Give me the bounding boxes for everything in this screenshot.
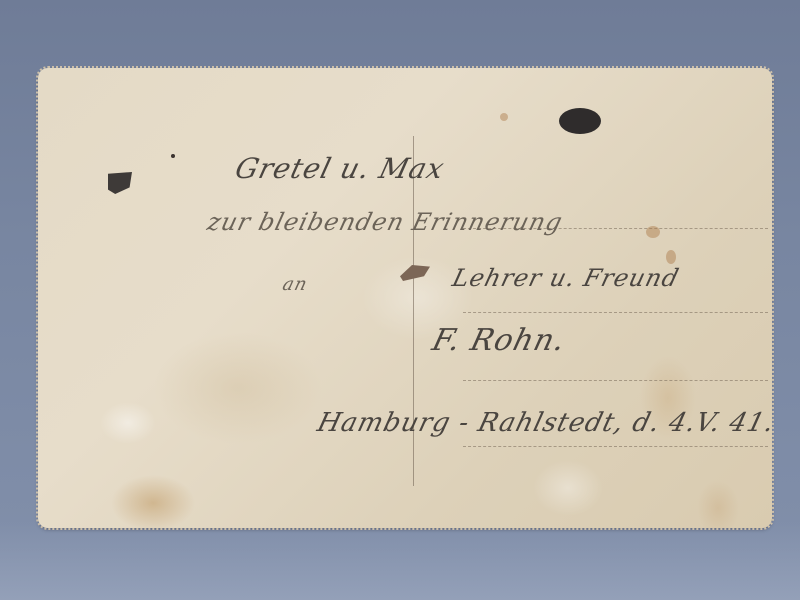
foxing-spot — [666, 250, 676, 264]
punched-hole — [559, 108, 601, 134]
handwriting-word-an: an — [280, 274, 310, 295]
torn-mark-left — [108, 172, 132, 194]
foxing-spot — [500, 113, 508, 121]
torn-fleck-center — [400, 265, 430, 281]
postcard: Gretel u. Max zur bleibenden Erinnerung … — [38, 68, 772, 528]
address-line — [463, 380, 768, 381]
handwriting-signature: F. Rohn. — [429, 323, 570, 358]
foxing-spot — [646, 226, 660, 238]
address-line — [463, 446, 768, 447]
table-surface-sheen — [0, 520, 800, 600]
handwriting-line-names: Gretel u. Max — [232, 152, 448, 185]
handwriting-line-teacher: Lehrer u. Freund — [450, 264, 683, 292]
handwriting-line-dedication: zur bleibenden Erinnerung — [205, 208, 566, 236]
address-line — [463, 312, 768, 313]
handwriting-place-date: Hamburg - Rahlstedt, d. 4.V. 41. — [314, 408, 778, 438]
ink-speck — [171, 154, 175, 158]
